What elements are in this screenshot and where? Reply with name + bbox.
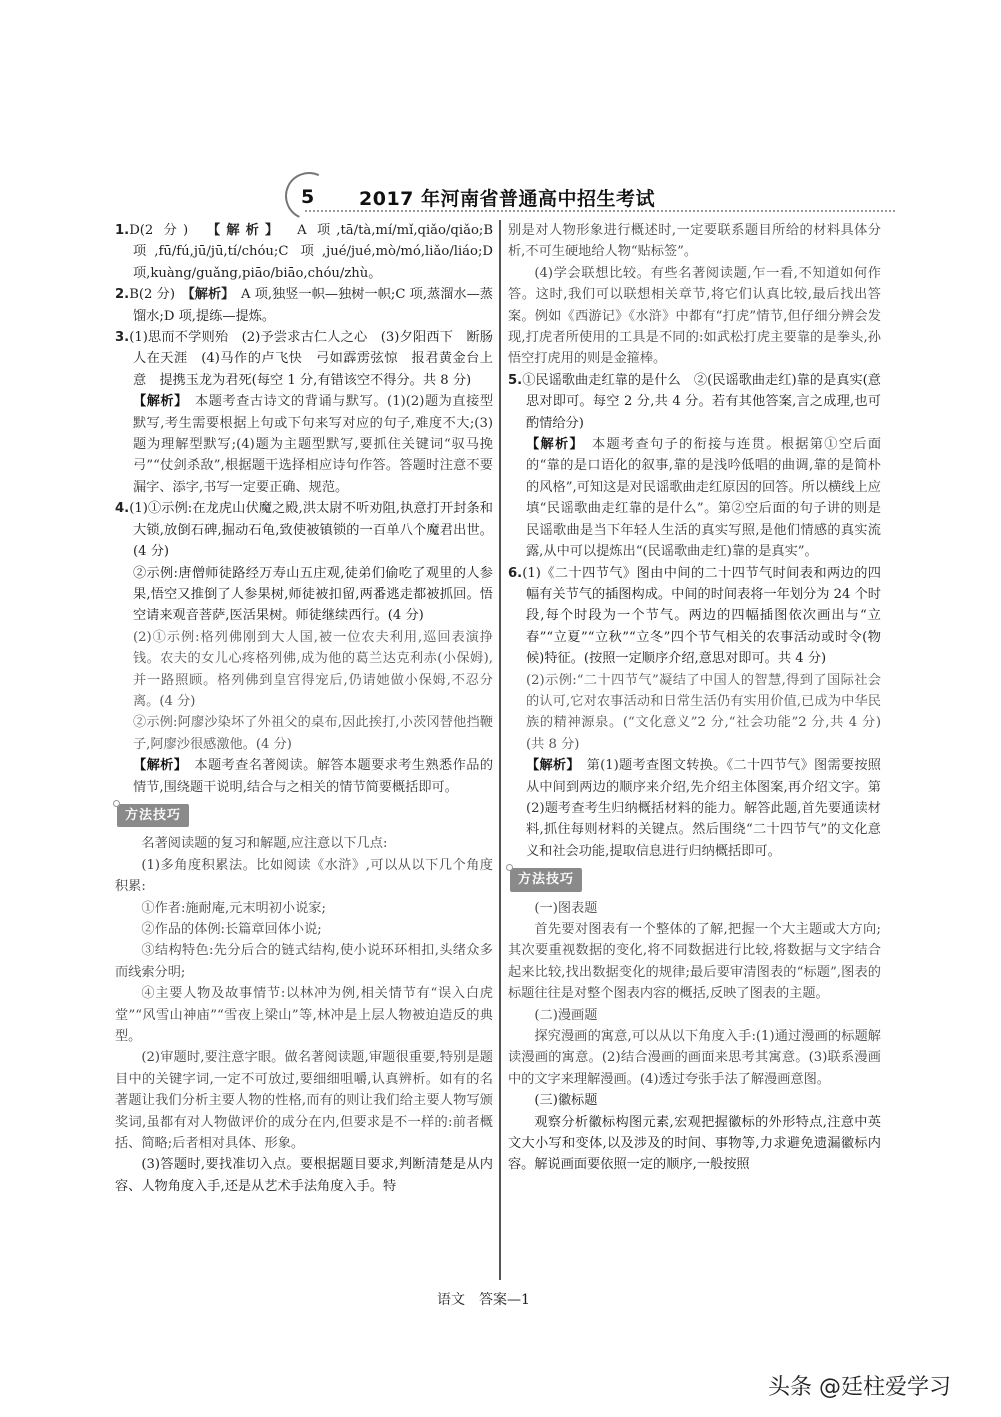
analysis-q6: 【解析】 第(1)题考查图文转换。《二十四节气》图需要按照从中间到两边的顺序来介… (508, 755, 881, 862)
answer-q4: 4.(1)①示例:在龙虎山伏魔之殿,洪太尉不听劝阻,执意打开封条和大锁,放倒石碑… (115, 498, 493, 562)
question-number: 5. (508, 373, 522, 388)
analysis-q5: 【解析】 本题考查句子的衔接与连贯。根据第①空后面的“靠的是口语化的叙事,靠的是… (508, 434, 881, 562)
analysis-tag: 【解析】 (526, 437, 577, 452)
tip-paragraph: (1)多角度积累法。比如阅读《水浒》,可以从以下几个角度积累: (115, 855, 493, 898)
analysis-text: 第(1)题考查图文转换。《二十四节气》图需要按照从中间到两边的顺序来介绍,先介绍… (526, 758, 881, 859)
tip-paragraph: 别是对人物形象进行概述时,一定要联系题目所给的材料具体分析,不可生硬地给人物“贴… (508, 220, 881, 263)
analysis-tag: 【解析】 (214, 223, 278, 238)
tip-paragraph: 首先要对图表有一个整体的了解,把握一个大主题或大方向;其次要重视数据的变化,将不… (508, 919, 881, 1005)
watermark: 头条 @廷柱爱学习 (768, 1370, 951, 1401)
tip-paragraph: 探究漫画的寓意,可以从以下角度入手:(1)通过漫画的标题解读漫画的寓意。(2)结… (508, 1026, 881, 1090)
page-footer: 语文 答案—1 (437, 1289, 530, 1309)
answer-text: (1)思而不学则殆 (2)予尝求古仁人之心 (3)夕阳西下 断肠人在天涯 (4)… (129, 330, 493, 388)
tip-heading: (一)图表题 (508, 898, 881, 919)
answer-part: (1)①示例:在龙虎山伏魔之殿,洪太尉不听劝阻,执意打开封条和大锁,放倒石碑,掘… (129, 501, 493, 559)
answer-part: (2)①示例:格列佛刚到大人国,被一位农夫利用,巡回表演挣钱。农夫的女儿心疼格列… (115, 627, 493, 713)
right-column: 别是对人物形象进行概述时,一定要联系题目所给的材料具体分析,不可生硬地给人物“贴… (508, 220, 881, 1176)
tip-heading: (三)徽标题 (508, 1090, 881, 1111)
tip-paragraph: (3)答题时,要找准切入点。要根据题目要求,判断清楚是从内容、人物角度入手,还是… (115, 1154, 493, 1197)
question-number: 4. (115, 501, 129, 516)
analysis-tag: 【解析】 (133, 394, 181, 409)
answer-part: ②示例:阿廖沙染坏了外祖父的桌布,因此挨打,小茨冈替他挡鞭子,阿廖沙很感激他。(… (115, 712, 493, 755)
analysis-text: 本题考查古诗文的背诵与默写。(1)(2)题为直接型默写,考生需要根据上句或下句来… (133, 394, 493, 495)
answer-q5: 5.①民谣歌曲走红靠的是什么 ②(民谣歌曲走红)靠的是真实(意思对即可。每空 2… (508, 370, 881, 434)
tip-paragraph: 观察分析徽标构图元素,宏观把握徽标的外形特点,注意中英文大小写和变体,以及涉及的… (508, 1112, 881, 1176)
question-number: 1. (115, 223, 129, 238)
question-number: 6. (508, 566, 522, 581)
question-number: 2. (115, 287, 129, 302)
header-dotted-rule (305, 210, 895, 212)
column-divider (499, 220, 501, 1280)
section-number: 5 (301, 186, 314, 208)
answer-q1: 1.D(2 分) 【解析】 A 项,tā/tà,mí/mǐ,qiǎo/qiǎo;… (115, 220, 493, 284)
question-number: 3. (115, 330, 129, 345)
answer-q2: 2.B(2 分) 【解析】 A 项,独竖一帜—独树一帜;C 项,蒸溜水—蒸馏水;… (115, 284, 493, 327)
answer-key: D(2 分) (129, 223, 188, 238)
tip-paragraph: ③结构特色:先分后合的链式结构,使小说环环相扣,头绪众多而线索分明; (115, 940, 493, 983)
answer-q3: 3.(1)思而不学则殆 (2)予尝求古仁人之心 (3)夕阳西下 断肠人在天涯 (… (115, 327, 493, 391)
analysis-q3: 【解析】 本题考查古诗文的背诵与默写。(1)(2)题为直接型默写,考生需要根据上… (115, 391, 493, 498)
answer-text: ①民谣歌曲走红靠的是什么 ②(民谣歌曲走红)靠的是真实(意思对即可。每空 2 分… (522, 373, 881, 431)
analysis-text: A 项,独竖一帜—独树一帜;C 项,蒸溜水—蒸馏水;D 项,提练—提炼。 (133, 287, 493, 323)
tip-paragraph: (2)审题时,要注意字眼。做名著阅读题,审题很重要,特别是题目中的关键字词,一定… (115, 1047, 493, 1154)
tips-badge: 方法技巧 (510, 868, 582, 891)
section-header: 5 2017 年河南省普通高中招生考试 (275, 170, 895, 214)
tip-paragraph: 名著阅读题的复习和解题,应注意以下几点: (115, 833, 493, 854)
answer-part: (1)《二十四节气》图由中间的二十四节气时间表和两边的四幅有关节气的插图构成。中… (522, 566, 881, 667)
answer-q6: 6.(1)《二十四节气》图由中间的二十四节气时间表和两边的四幅有关节气的插图构成… (508, 563, 881, 670)
analysis-tag: 【解析】 (526, 758, 573, 773)
analysis-text: 本题考查句子的衔接与连贯。根据第①空后面的“靠的是口语化的叙事,靠的是浅吟低唱的… (526, 437, 881, 559)
answer-part: ②示例:唐僧师徒路经万寿山五庄观,徒弟们偷吃了观里的人参果,悟空又推倒了人参果树… (115, 563, 493, 627)
answer-key: B(2 分) (129, 287, 175, 302)
analysis-tag: 【解析】 (188, 287, 228, 302)
tip-paragraph: (4)学会联想比较。有些名著阅读题,乍一看,不知道如何作答。这时,我们可以联想相… (508, 263, 881, 370)
page-title: 2017 年河南省普通高中招生考试 (359, 184, 655, 211)
tip-heading: (二)漫画题 (508, 1005, 881, 1026)
analysis-tag: 【解析】 (133, 758, 181, 773)
left-column: 1.D(2 分) 【解析】 A 项,tā/tà,mí/mǐ,qiǎo/qiǎo;… (115, 220, 493, 1197)
tips-badge: 方法技巧 (117, 804, 189, 827)
tip-paragraph: ④主要人物及故事情节:以林冲为例,相关情节有“误入白虎堂”“风雪山神庙”“雪夜上… (115, 983, 493, 1047)
analysis-text: 本题考查名著阅读。解答本题要求考生熟悉作品的情节,围绕题干说明,结合与之相关的情… (133, 758, 493, 794)
answer-part: (2)示例:“二十四节气”凝结了中国人的智慧,得到了国际社会的认可,它对农事活动… (508, 670, 881, 756)
analysis-q4: 【解析】 本题考查名著阅读。解答本题要求考生熟悉作品的情节,围绕题干说明,结合与… (115, 755, 493, 798)
tip-paragraph: ②作品的体例:长篇章回体小说; (115, 919, 493, 940)
tip-paragraph: ①作者:施耐庵,元末明初小说家; (115, 898, 493, 919)
